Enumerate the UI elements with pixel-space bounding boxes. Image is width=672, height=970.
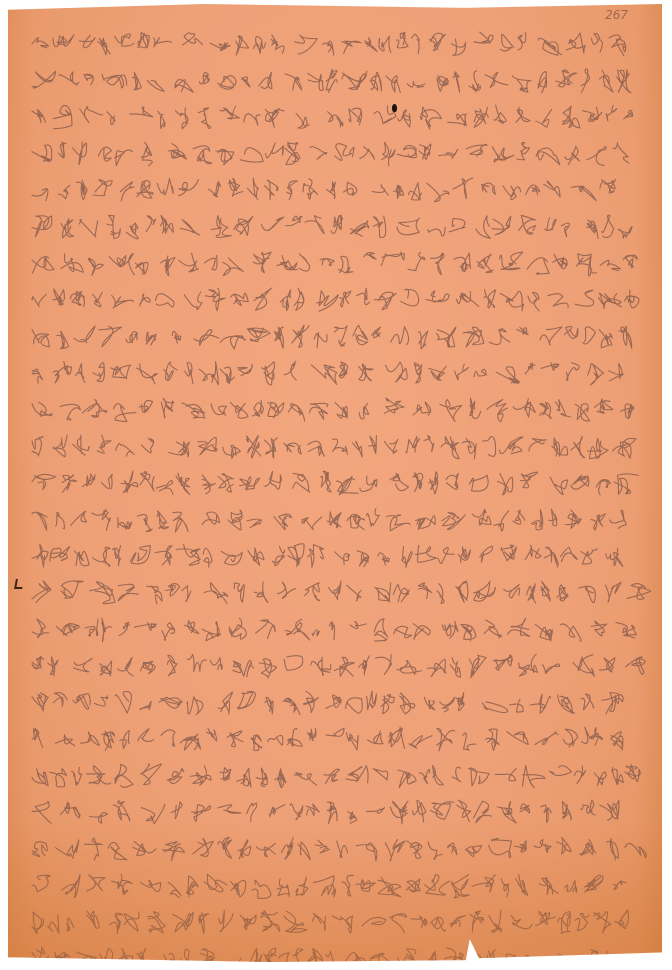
- handwritten-lines: [30, 24, 650, 970]
- ink-blot: [392, 104, 397, 112]
- handwritten-line: [30, 792, 650, 829]
- handwritten-line: [30, 829, 650, 866]
- handwritten-line: [30, 317, 650, 354]
- handwritten-line: [30, 353, 650, 390]
- handwritten-line: [30, 573, 650, 610]
- handwritten-line: [30, 427, 650, 464]
- page-number: 267: [605, 8, 628, 22]
- handwritten-line: [30, 683, 650, 720]
- handwritten-line: [30, 902, 650, 939]
- handwritten-line: [30, 97, 650, 134]
- handwritten-line: [30, 463, 650, 500]
- handwritten-line: [30, 207, 650, 244]
- handwritten-line: [30, 646, 650, 683]
- handwritten-line: [30, 719, 650, 756]
- handwritten-line: [30, 536, 650, 573]
- handwritten-line: [30, 280, 650, 317]
- handwritten-line: [30, 756, 650, 793]
- manuscript-page: 267: [8, 4, 662, 962]
- margin-mark: [14, 579, 24, 589]
- handwritten-line: [30, 24, 650, 61]
- handwritten-line: [30, 500, 650, 537]
- handwritten-line: [30, 61, 650, 98]
- handwritten-line: [30, 610, 650, 647]
- handwritten-line: [30, 390, 650, 427]
- handwritten-line: [30, 170, 650, 207]
- handwritten-line: [30, 866, 650, 903]
- handwritten-line: [30, 939, 650, 970]
- handwritten-line: [30, 134, 650, 171]
- handwritten-line: [30, 244, 650, 281]
